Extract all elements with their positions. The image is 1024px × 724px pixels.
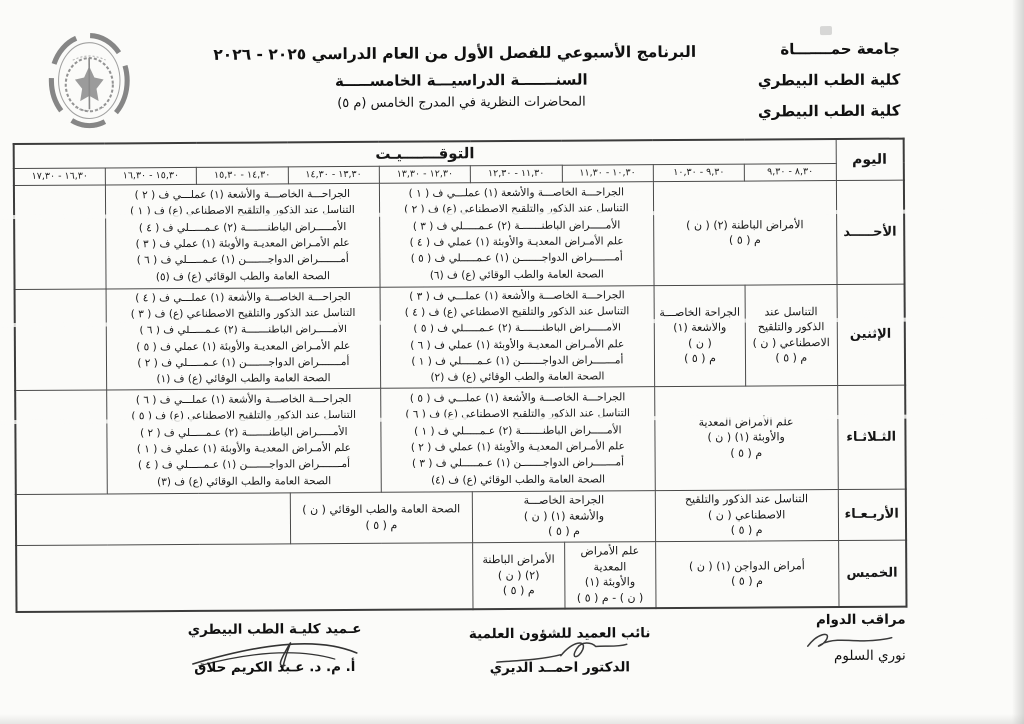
signature-name: الدكتور احمــد الديري	[450, 659, 670, 676]
session-line: (٢) ( ن )	[475, 567, 561, 583]
session-line: الذكور والتلقيح	[748, 319, 834, 335]
session-line: والأوبئة (١)	[567, 574, 653, 590]
time-slot: ١٤,٣٠ - ١٥,٣٠	[197, 166, 288, 184]
day-row: الخميسأمراض الدواجن (١) ( ن )م ( ٥ )علم …	[16, 540, 906, 612]
session-line: الأمراض الباطنة (٢) ( ن )	[656, 217, 834, 234]
session-cell: الجراحة الخاصـــةوالأشعة (١) ( ن )م ( ٥ …	[472, 490, 655, 542]
session-line: الجراحـــة الخاصـــة والأشعة (١) عملـــي…	[382, 287, 651, 305]
day-row: الإثنينالتناسل عندالذكور والتلقيحالاصطنا…	[15, 284, 906, 390]
session-line: أمـــــــراض الدواجـــــــن (١) عـمـــــ…	[382, 249, 651, 267]
day-row: الأحـــــدالأمراض الباطنة (٢) ( ن )م ( ٥…	[14, 180, 905, 289]
paper-sheet: جامعة حمـــــــاة كلية الطب البيطري كلية…	[0, 0, 1024, 724]
day-name: الإثنين	[837, 284, 906, 385]
day-row: الأربـعـاءالتناسل عند الذكور والتلقيحالا…	[16, 489, 906, 545]
session-line: الأمراض الباطنة	[475, 552, 561, 568]
signature-title: عـميد كليـة الطب البيطري	[180, 621, 370, 638]
session-line: الجراحـــة الخاصـــة والأشعة (١) عملـــي…	[383, 389, 652, 407]
session-line: الجراحـــة الخاصـــة والأشعة (١) عملـــي…	[382, 184, 651, 202]
session-line: الأمـــــراض الباطنـــــــة (٢) عـمـــــ…	[109, 321, 378, 339]
session-line: الجراحـــة الخاصـــة والأشعة (١) عملـــي…	[108, 186, 377, 204]
scan-smudge	[820, 26, 832, 35]
session-line: أمـــــــراض الدواجـــــــن (١) عـمـــــ…	[108, 251, 377, 269]
scan-edge-shadow	[1012, 0, 1024, 724]
session-line: أمـــــــراض الدواجـــــــن (١) عـمـــــ…	[109, 354, 378, 372]
session-line: علم الأمـراض المعديـة والأوبئة (١) عملي …	[109, 337, 378, 355]
time-slot: ١١,٣٠ - ١٢,٣٠	[470, 165, 561, 183]
session-line: م ( ٥ )	[292, 517, 470, 534]
session-line: التناسل عند الذكور والتلقيح الاصطناعي (ع…	[109, 305, 378, 323]
session-line: م ( ٥ )	[748, 350, 834, 366]
document-title: البرنامج الأسبوعي للفصل الأول من العام ا…	[226, 43, 696, 64]
session-line: أمراض الدواجن (١) ( ن )	[658, 558, 836, 575]
scan-edge-shadow	[0, 714, 1024, 724]
session-line: الجراحـــة الخاصـــة والأشعة (١) عملـــي…	[108, 288, 377, 306]
empty-cell	[15, 389, 107, 494]
day-name: الأربـعـاء	[838, 489, 906, 540]
session-cell: الجراحـــة الخاصـــة والأشعة (١) عملـــي…	[106, 287, 381, 390]
session-cell: الجراحـــة الخاصـــة والأشعة (١) عملـــي…	[105, 183, 380, 289]
session-line: الصحة العامة والطب الوقائي (ع) ف (٦)	[382, 266, 651, 284]
empty-cell	[14, 184, 106, 289]
session-line: التناسل عند الذكور والتلقيح الاصطناعي (ع…	[383, 406, 652, 424]
session-line: التناسل عند الذكور والتلقيح الاصطناعي (ع…	[108, 202, 377, 220]
session-cell: التناسل عند الذكور والتلقيحالاصطناعي ( ن…	[655, 489, 838, 541]
university-seal-icon	[46, 30, 133, 131]
signature-block-vice-dean: نائب العميد للشؤون العلمية الدكتور احمــ…	[450, 625, 670, 676]
session-line: الصحة العامة والطب الوقائي (ع) ف (١)	[109, 370, 378, 388]
time-slot: ١٢,٣٠ - ١٣,٣٠	[379, 165, 470, 183]
session-line: الجراحة الخاصـــة	[656, 304, 742, 320]
session-line: الأمـــــراض الباطنـــــــة (٢) عـمـــــ…	[383, 422, 652, 440]
time-slot: ١٥,٣٠ - ١٦,٣٠	[105, 167, 196, 185]
signature-block-dean: عـميد كليـة الطب البيطري أ. م. د. عـبد ا…	[180, 621, 370, 676]
day-column-header: اليوم	[836, 139, 904, 180]
weekly-schedule-table: اليوم التوقـــــــيـت ٨,٣٠ - ٩,٣٠٩,٣٠ - …	[13, 138, 908, 613]
day-row: الثـلاثـاءعلم الأمراض المعديةوالأوبئة (١…	[15, 385, 906, 494]
lecture-hall-note: المحاضرات النظرية في المدرج الخامس (م ٥)	[226, 94, 696, 112]
session-line: م ( ٥ )	[475, 523, 653, 540]
session-line: الأمـــــراض الباطنـــــــة (٢) عـمـــــ…	[108, 219, 377, 237]
signature-name: نوري السلوم	[776, 648, 906, 665]
session-line: الصحة العامة والطب الوقائي ( ن )	[292, 501, 470, 518]
session-line: علم الأمـراض المعديـة والأوبئة (١) عملي …	[382, 233, 651, 251]
signature-title: نائب العميد للشؤون العلمية	[450, 625, 670, 642]
session-line: أمـــــــراض الدواجـــــــن (١) عـمـــــ…	[109, 456, 378, 474]
session-line: علم الأمراض المعدية	[657, 414, 835, 431]
session-cell: الأمراض الباطنة (٢) ( ن )م ( ٥ )	[653, 180, 836, 285]
session-line: الاصطناعي ( ن )	[748, 335, 834, 351]
session-line: علم الأمراض	[567, 543, 653, 559]
session-line: التناسل عند	[748, 304, 834, 320]
empty-cell	[16, 492, 290, 545]
faculty-name: كلية الطب البيطري	[758, 65, 901, 97]
session-line: علم الأمـراض المعديـة والأوبئة (١) عملي …	[383, 438, 652, 456]
signature-name: أ. م. د. عـبد الكريم حلاق	[180, 659, 370, 676]
session-cell: الجراحـــة الخاصـــة والأشعة (١) عملـــي…	[380, 285, 655, 388]
time-slot: ٩,٣٠ - ١٠,٣٠	[653, 164, 744, 182]
university-name: جامعة حمـــــــاة	[758, 34, 901, 66]
session-line: م ( ٥ )	[476, 583, 562, 599]
session-line: م ( ٥ )	[658, 573, 836, 590]
session-line: م ( ٥ )	[657, 351, 743, 367]
day-name: الأحـــــد	[836, 180, 905, 284]
organization-block: جامعة حمـــــــاة كلية الطب البيطري كلية…	[758, 34, 901, 128]
session-line: التناسل عند الذكور والتلقيح الاصطناعي (ع…	[109, 407, 378, 425]
session-cell: أمراض الدواجن (١) ( ن )م ( ٥ )	[655, 540, 838, 608]
session-line: الجراحـــة الخاصـــة والأشعة (١) عملـــي…	[109, 391, 378, 409]
signature-block-attendance: مراقب الدوام نوري السلوم	[776, 612, 906, 665]
session-line: والأشعة (١) ( ن )	[475, 508, 653, 525]
faculty-name-repeat: كلية الطب البيطري	[758, 96, 901, 128]
session-line: الجراحة الخاصـــة	[475, 492, 653, 509]
schedule-header: اليوم التوقـــــــيـت ٨,٣٠ - ٩,٣٠٩,٣٠ - …	[14, 139, 904, 185]
scanned-schedule-document: جامعة حمـــــــاة كلية الطب البيطري كلية…	[0, 0, 1024, 724]
session-line: أمـــــــراض الدواجـــــــن (١) عـمـــــ…	[383, 454, 652, 472]
session-line: التناسل عند الذكور والتلقيح الاصطناعي (ع…	[382, 201, 651, 219]
day-name: الخميس	[838, 540, 906, 607]
session-line: م ( ٥ )	[658, 522, 836, 539]
session-line: الاصطناعي ( ن )	[658, 507, 836, 524]
time-slot: ١٠,٣٠ - ١١,٣٠	[562, 164, 653, 182]
empty-cell	[16, 542, 473, 612]
schedule-body: الأحـــــدالأمراض الباطنة (٢) ( ن )م ( ٥…	[14, 180, 907, 612]
session-cell: الأمراض الباطنة(٢) ( ن )م ( ٥ )	[473, 542, 565, 610]
session-line: الأمـــــراض الباطنـــــــة (٢) عـمـــــ…	[109, 424, 378, 442]
session-line: علم الأمـراض المعديـة والأوبئة (١) عملي …	[109, 440, 378, 458]
session-line: ( ن )	[657, 335, 743, 351]
time-slot: ١٣,٣٠ - ١٤,٣٠	[288, 166, 379, 184]
time-slot: ١٦,٣٠ - ١٧,٣٠	[14, 167, 105, 185]
session-line: الأمـــــراض الباطنـــــــة (٢) عـمـــــ…	[383, 319, 652, 337]
session-line: علم الأمـراض المعديـة والأوبئة (١) عملي …	[108, 235, 377, 253]
session-cell: الصحة العامة والطب الوقائي ( ن )م ( ٥ )	[290, 491, 473, 543]
session-cell: الجراحـــة الخاصـــة والأشعة (١) عملـــي…	[379, 181, 654, 287]
session-line: م ( ٥ )	[656, 232, 834, 249]
session-cell: علم الأمراض المعديةوالأوبئة (١) ( ن )م (…	[654, 385, 837, 490]
study-year-subtitle: السنـــــــة الدراسيـــة الخامســـــة	[226, 70, 696, 91]
signature-title: مراقب الدوام	[776, 612, 906, 629]
session-line: الأمـــــراض الباطنـــــــة (٢) عـمـــــ…	[382, 217, 651, 235]
session-cell: علم الأمراضالمعديةوالأوبئة (١)( ن ) - م …	[564, 541, 656, 609]
session-cell: الجراحـــة الخاصـــة والأشعة (١) عملـــي…	[381, 386, 656, 492]
session-line: الصحة العامة والطب الوقائي (ع) ف (٥)	[108, 267, 377, 285]
session-cell: التناسل عندالذكور والتلقيحالاصطناعي ( ن …	[745, 284, 837, 386]
day-name: الثـلاثـاء	[837, 385, 906, 489]
session-line: ( ن ) - م ( ٥ )	[567, 590, 653, 606]
empty-cell	[15, 288, 107, 390]
session-line: الصحة العامة والطب الوقائي (ع) ف (٢)	[383, 368, 652, 386]
session-line: م ( ٥ )	[657, 445, 835, 462]
session-line: التناسل عند الذكور والتلقيح الاصطناعي (ع…	[383, 303, 652, 321]
session-line: التناسل عند الذكور والتلقيح	[658, 491, 836, 508]
session-line: والأوبئة (١) ( ن )	[657, 429, 835, 446]
session-line: علم الأمـراض المعديـة والأوبئة (١) عملي …	[383, 336, 652, 354]
session-line: والأشعة (١)	[657, 320, 743, 336]
document-title-block: البرنامج الأسبوعي للفصل الأول من العام ا…	[226, 43, 696, 112]
session-cell: الجراحـــة الخاصـــة والأشعة (١) عملـــي…	[107, 388, 382, 494]
time-slot: ٨,٣٠ - ٩,٣٠	[744, 163, 835, 181]
session-line: أمـــــــراض الدواجـــــــن (١) عـمـــــ…	[383, 352, 652, 370]
session-cell: الجراحة الخاصـــةوالأشعة (١)( ن )م ( ٥ )	[654, 285, 746, 387]
session-line: الصحة العامة والطب الوقائي (ع) ف (٤)	[384, 471, 653, 489]
session-line: المعدية	[567, 559, 653, 575]
session-line: الصحة العامة والطب الوقائي (ع) ف (٣)	[110, 472, 379, 490]
